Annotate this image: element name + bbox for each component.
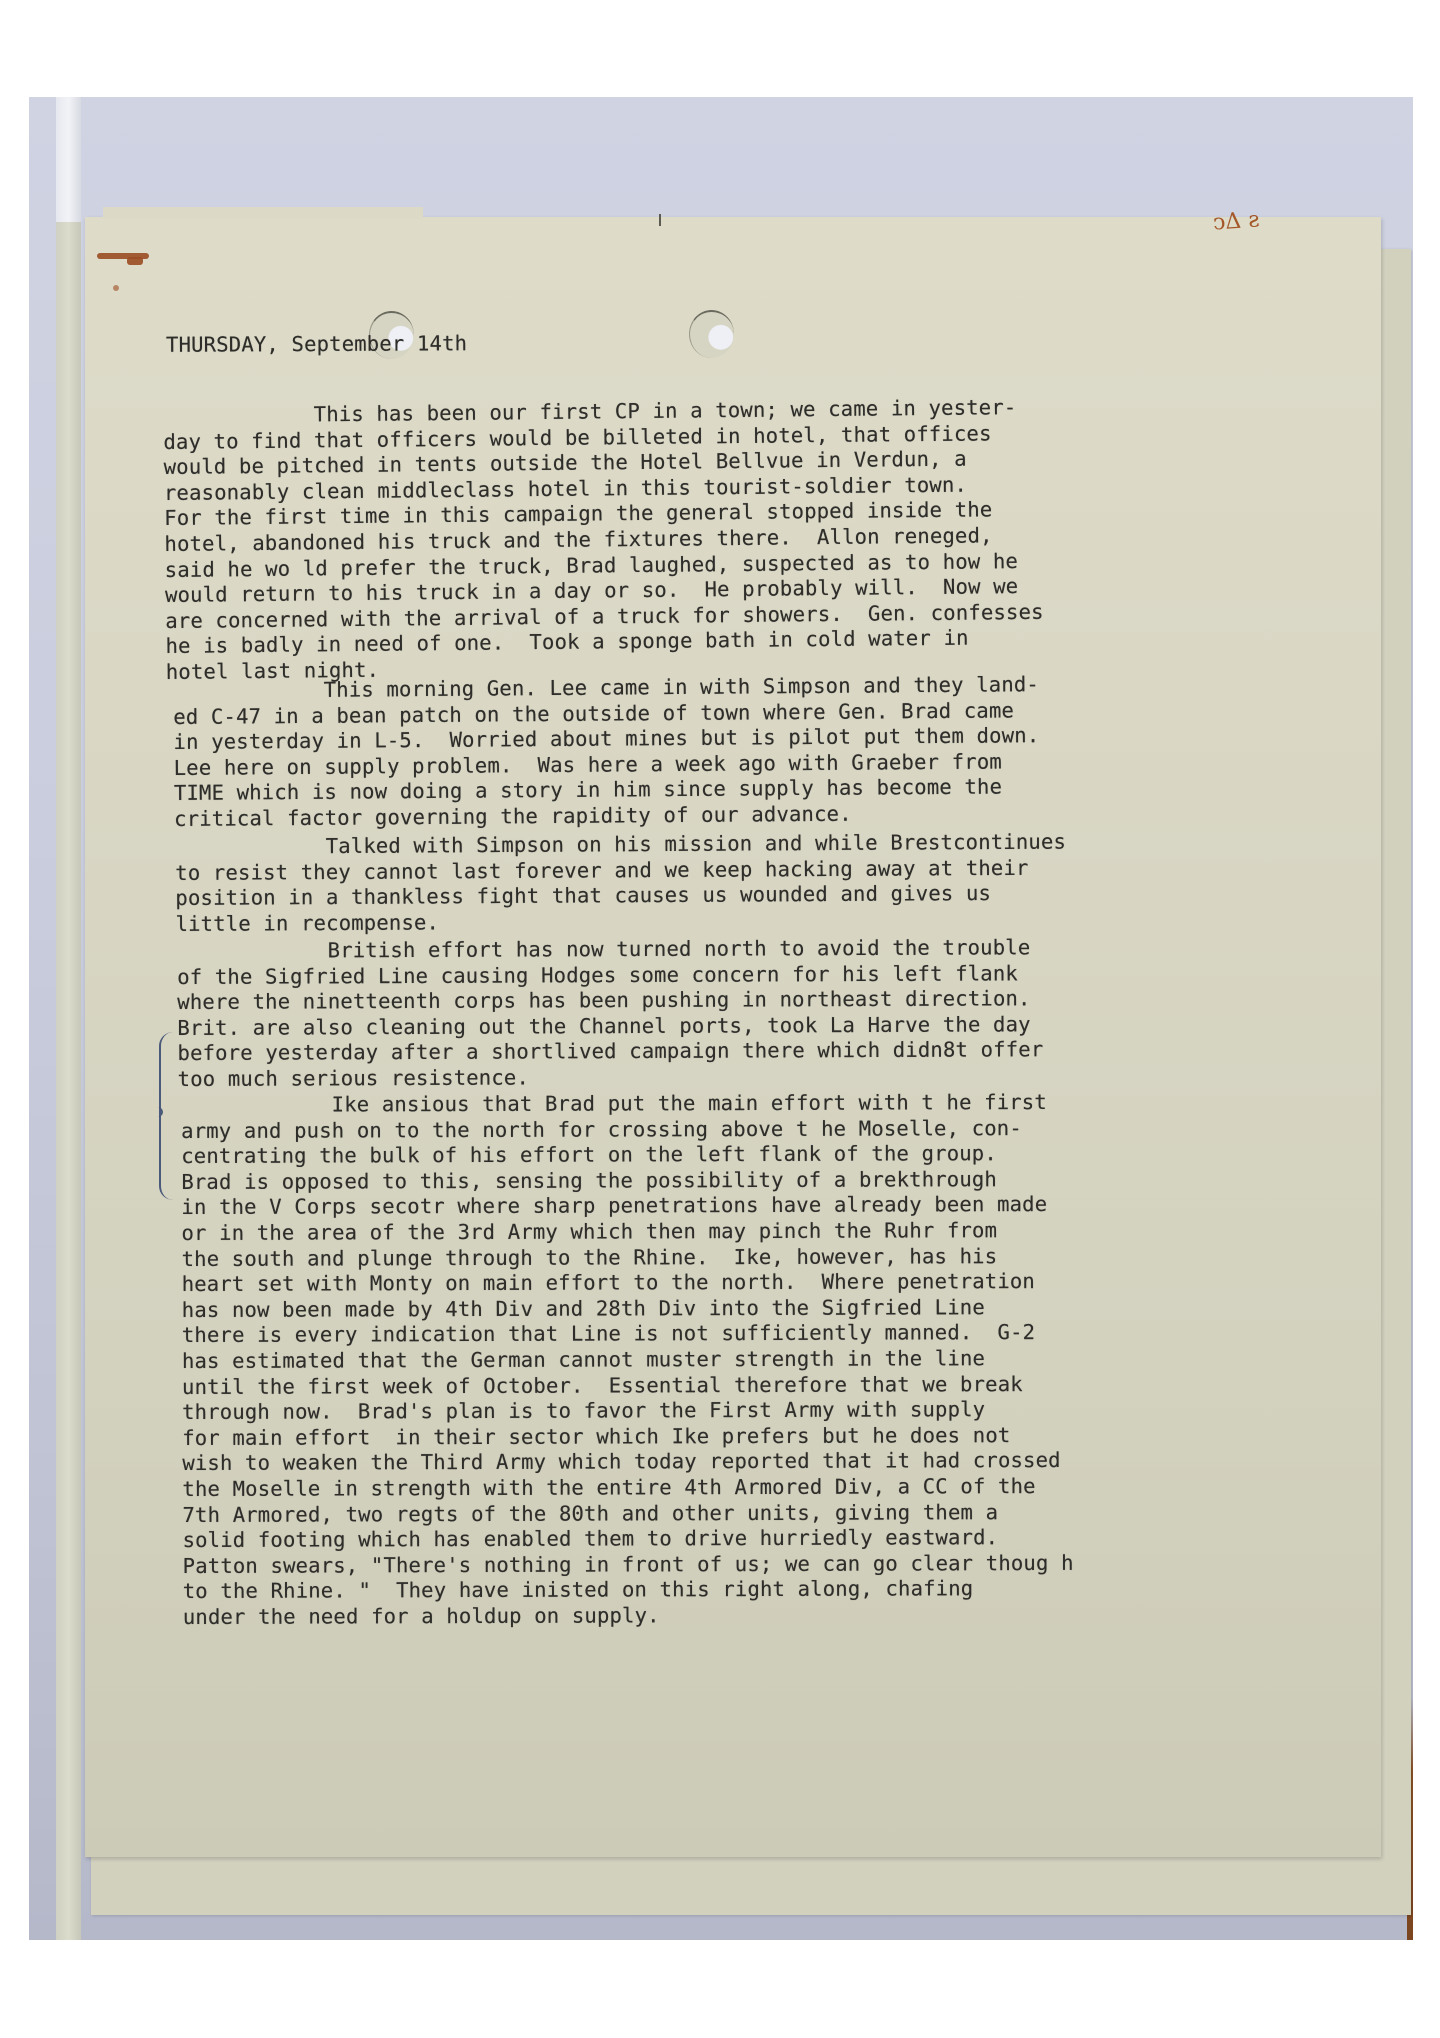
- text-line: has estimated that the German cannot mus…: [182, 1346, 1073, 1375]
- paragraph-2: This morning Gen. Lee came in with Simps…: [173, 672, 1040, 832]
- margin-bracket: [159, 1032, 175, 1200]
- text-line: the Moselle in strength with the entire …: [182, 1474, 1073, 1503]
- text-line: has now been made by 4th Div and 28th Di…: [182, 1295, 1073, 1324]
- paragraph-1: This has been our first CP in a town; we…: [163, 395, 1044, 686]
- text-line: too much serious resistence.: [178, 1063, 1044, 1092]
- text-line: 7th Armored, two regts of the 80th and o…: [182, 1499, 1073, 1528]
- text-line: there is every indication that Line is n…: [182, 1320, 1073, 1349]
- paper-edge: [103, 207, 423, 219]
- text-line: position in a thankless fight that cause…: [175, 881, 1066, 912]
- handwritten-page-mark: ↄΔ ƨ: [1212, 207, 1260, 235]
- rust-stain: [113, 285, 119, 291]
- text-line: for main effort in their sector which Ik…: [182, 1423, 1073, 1452]
- text-line: centrating the bulk of his effort on the…: [181, 1141, 1072, 1170]
- text-line: solid footing which has enabled them to …: [183, 1525, 1074, 1554]
- margin-bracket-point: [153, 1107, 163, 1117]
- text-line: Ike ansious that Brad put the main effor…: [181, 1090, 1072, 1119]
- document-photo: ↄΔ ƨ THURSDAY, September 14th This has b…: [29, 97, 1413, 1940]
- punch-hole-right: [689, 310, 734, 358]
- paragraph-4: British effort has now turned north to a…: [177, 935, 1044, 1092]
- text-line: of the Sigfried Line causing Hodges some…: [177, 961, 1043, 990]
- background-strip-shadow: [56, 222, 81, 1940]
- text-line: heart set with Monty on main effort to t…: [182, 1269, 1073, 1298]
- text-line: little in recompense.: [175, 906, 1066, 937]
- text-line: army and push on to the north for crossi…: [181, 1115, 1072, 1144]
- pen-mark: [659, 214, 661, 226]
- text-line: critical factor governing the rapidity o…: [174, 800, 1040, 832]
- text-line: the south and plunge through to the Rhin…: [182, 1243, 1073, 1272]
- text-line: Patton swears, "There's nothing in front…: [183, 1551, 1074, 1580]
- text-line: in the V Corps secotr where sharp penetr…: [181, 1192, 1072, 1221]
- text-line: until the first week of October. Essenti…: [182, 1371, 1073, 1400]
- paragraph-5: Ike ansious that Brad put the main effor…: [181, 1090, 1074, 1631]
- text-line: Brad is opposed to this, sensing the pos…: [181, 1167, 1072, 1196]
- text-line: through now. Brad's plan is to favor the…: [182, 1397, 1073, 1426]
- paragraph-3: Talked with Simpson on his mission and w…: [175, 830, 1067, 938]
- text-line: before yesterday after a shortlived camp…: [177, 1038, 1043, 1067]
- text-line: Brit. are also cleaning out the Channel …: [177, 1012, 1043, 1041]
- rust-stain: [127, 257, 143, 265]
- text-line: where the ninetteenth corps has been pus…: [177, 986, 1043, 1015]
- text-line: to the Rhine. " They have inisted on thi…: [183, 1576, 1074, 1605]
- text-line: wish to weaken the Third Army which toda…: [182, 1448, 1073, 1477]
- text-line: under the need for a holdup on supply.: [183, 1602, 1074, 1631]
- date-heading: THURSDAY, September 14th: [166, 331, 467, 358]
- typewritten-page: ↄΔ ƨ THURSDAY, September 14th This has b…: [85, 217, 1381, 1857]
- text-line: British effort has now turned north to a…: [177, 935, 1043, 964]
- text-line: or in the area of the 3rd Army which the…: [181, 1218, 1072, 1247]
